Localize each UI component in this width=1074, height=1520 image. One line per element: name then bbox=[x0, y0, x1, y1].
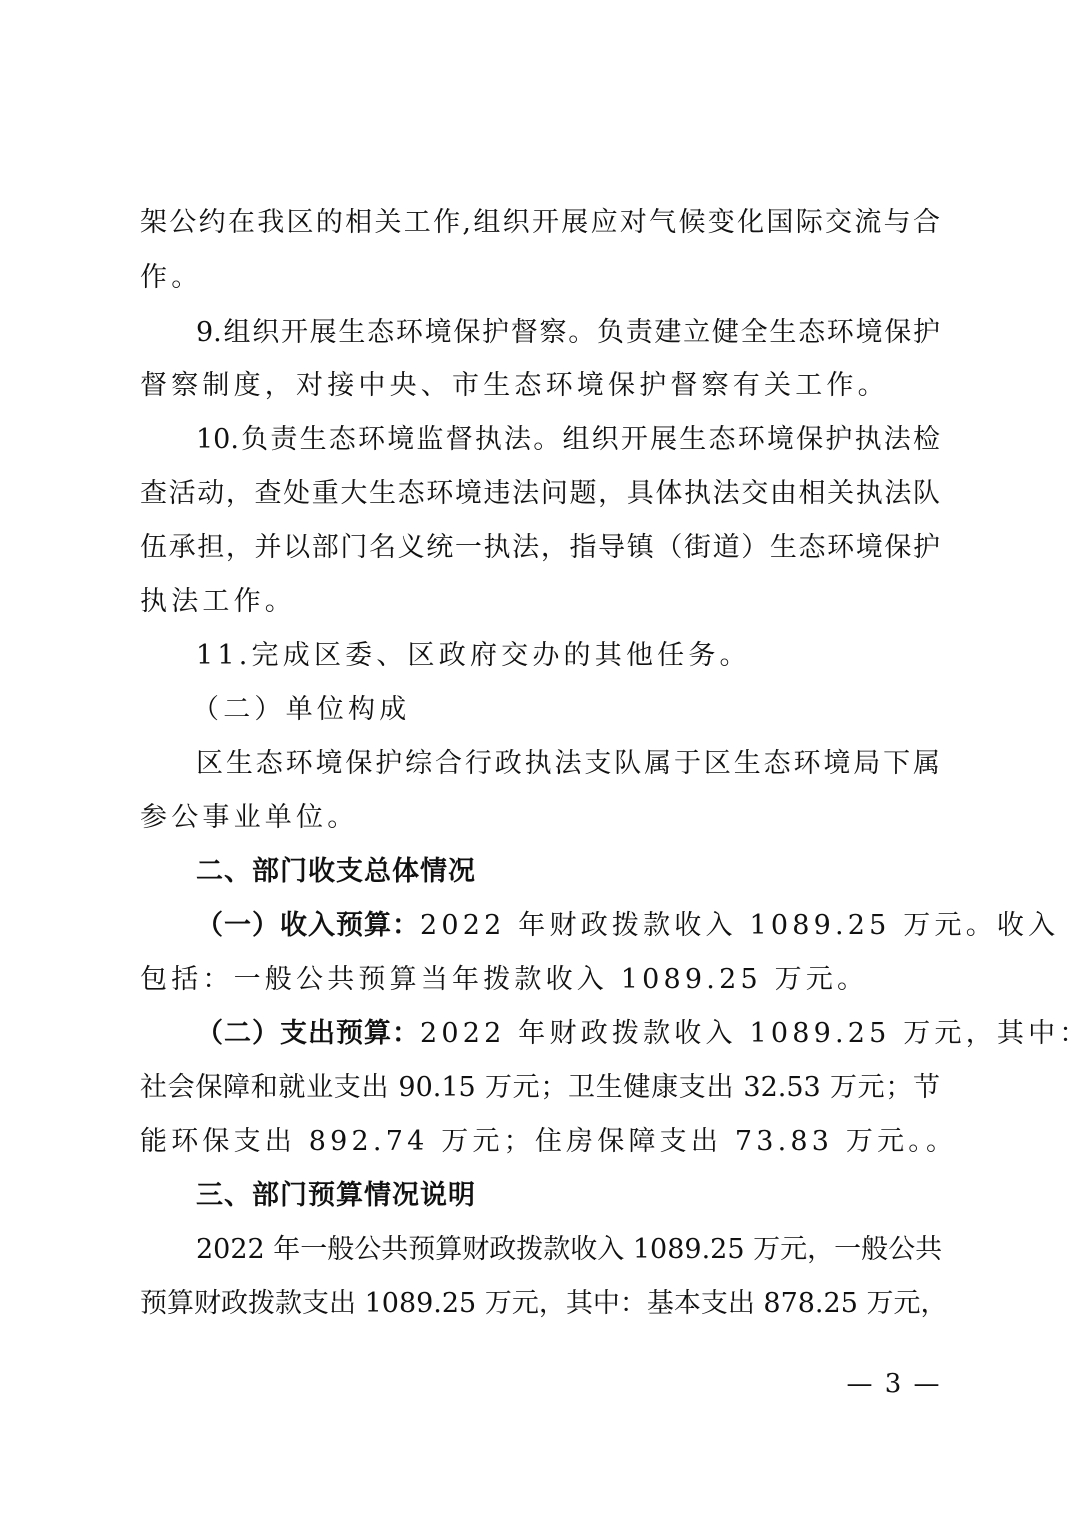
paragraph-line: 架公约在我区的相关工作,组织开展应对气候变化国际交流与合 bbox=[140, 203, 940, 243]
paragraph-line-item-9: 9.组织开展生态环境保护督察。负责建立健全生态环境保护 bbox=[196, 313, 940, 353]
paragraph-line: 督察制度，对接中央、市生态环境保护督察有关工作。 bbox=[140, 366, 940, 406]
page-number: — 3 — bbox=[846, 1364, 942, 1404]
paragraph-line-item-10: 10.负责生态环境监督执法。组织开展生态环境保护执法检 bbox=[196, 420, 940, 460]
paragraph-line: 伍承担，并以部门名义统一执法，指导镇（街道）生态环境保护 bbox=[140, 528, 940, 568]
paragraph-line: 执法工作。 bbox=[140, 582, 940, 622]
paragraph-line: 作。 bbox=[140, 258, 940, 298]
paragraph-line-item-11: 11.完成区委、区政府交办的其他任务。 bbox=[196, 636, 940, 676]
paragraph-line: 预算财政拨款支出 1089.25 万元，其中：基本支出 878.25 万元， bbox=[140, 1284, 940, 1324]
paragraph-line: 包括：一般公共预算当年拨款收入 1089.25 万元。 bbox=[140, 960, 940, 1000]
paragraph-line: 参公事业单位。 bbox=[140, 798, 940, 838]
paragraph-line: 能环保支出 892.74 万元；住房保障支出 73.83 万元。。 bbox=[140, 1122, 940, 1162]
document-page: 架公约在我区的相关工作,组织开展应对气候变化国际交流与合 作。 9.组织开展生态… bbox=[0, 0, 1074, 1520]
paragraph-line: 区生态环境保护综合行政执法支队属于区生态环境局下属 bbox=[196, 744, 940, 784]
paragraph-line: 社会保障和就业支出 90.15 万元；卫生健康支出 32.53 万元；节 bbox=[140, 1068, 940, 1108]
income-budget-text: 2022 年财政拨款收入 1089.25 万元。收入 bbox=[420, 910, 1059, 941]
paragraph-line: 查活动，查处重大生态环境违法问题，具体执法交由相关执法队 bbox=[140, 474, 940, 514]
expense-budget-label: （二）支出预算： bbox=[196, 1018, 420, 1049]
section-heading-budget-explanation: 三、部门预算情况说明 bbox=[196, 1176, 940, 1216]
expense-budget-line: （二）支出预算：2022 年财政拨款收入 1089.25 万元，其中： bbox=[196, 1014, 940, 1054]
paragraph-line: 2022 年一般公共预算财政拨款收入 1089.25 万元，一般公共 bbox=[196, 1230, 940, 1270]
income-budget-label: （一）收入预算： bbox=[196, 910, 420, 941]
subheading-unit-composition: （二）单位构成 bbox=[192, 690, 992, 730]
expense-budget-text: 2022 年财政拨款收入 1089.25 万元，其中： bbox=[420, 1018, 1074, 1049]
income-budget-line: （一）收入预算：2022 年财政拨款收入 1089.25 万元。收入 bbox=[196, 906, 940, 946]
section-heading-budget-overview: 二、部门收支总体情况 bbox=[196, 852, 940, 892]
